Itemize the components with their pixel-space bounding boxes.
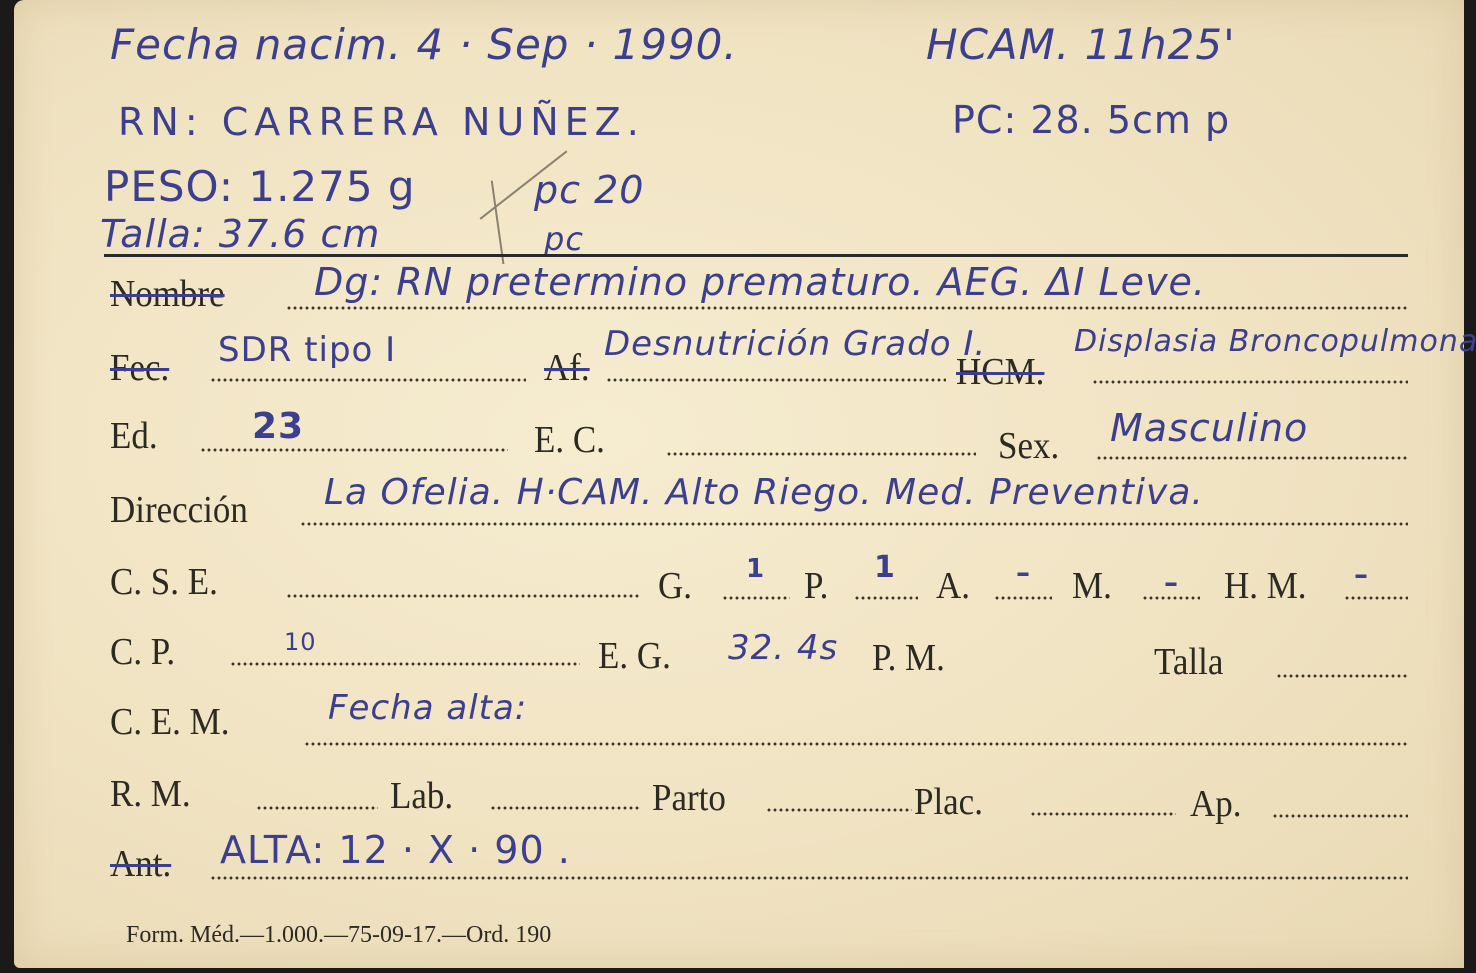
field-line-g [722,596,790,600]
field-line-sex [1096,456,1408,460]
field-line-cp [230,662,580,666]
label-ap: Ap. [1190,782,1241,826]
weight-note: PESO: 1.275 g [104,162,416,211]
label-a: A. [936,564,970,608]
length-note: Talla: 37.6 cm [100,212,380,256]
label-ant: Ant. [110,842,171,886]
patient-name-note: RN: CARRERA NUÑEZ. [118,100,645,144]
hospital-time-note: HCAM. 11h25' [926,20,1236,69]
field-line-ec [666,452,976,456]
field-line-a [994,596,1052,600]
value-p[interactable]: 1 [874,550,896,585]
pencil-divider [491,181,504,264]
label-p: P. [804,564,828,608]
field-line-direccion [300,522,1408,526]
label-cem: C. E. M. [110,700,229,744]
value-hcm[interactable]: Displasia Broncopulmonar [1074,324,1476,359]
value-hm[interactable]: – [1354,558,1369,591]
label-ec: E. C. [534,418,605,462]
weight-percentile-note: pc 20 [534,168,644,212]
field-line-ed [200,448,508,452]
field-line-fec [210,378,526,382]
field-line-plac [1030,812,1176,816]
value-cp[interactable]: 10 [284,628,317,656]
label-plac: Plac. [914,780,983,824]
field-line-lab [490,806,640,810]
label-cse: C. S. E. [110,560,218,604]
value-ed[interactable]: 23 [252,406,304,447]
value-eg[interactable]: 32. 4s [728,628,838,668]
value-ant[interactable]: ALTA: 12 · X · 90 . [220,828,571,872]
label-parto: Parto [652,776,726,820]
field-line-parto [766,808,912,812]
value-cem[interactable]: Fecha alta: [328,688,527,728]
value-af[interactable]: Desnutrición Grado I. [604,324,986,364]
label-direccion: Dirección [110,488,248,532]
label-lab: Lab. [390,774,453,818]
value-m[interactable]: – [1164,566,1179,599]
field-line-rm [256,806,378,810]
label-rm: R. M. [110,772,191,816]
field-line-hm [1344,596,1408,600]
value-sex[interactable]: Masculino [1110,406,1308,450]
label-talla: Talla [1154,640,1223,684]
head-circumference-note: PC: 28. 5cm p [952,98,1230,142]
index-card: Fecha nacim. 4 · Sep · 1990. HCAM. 11h25… [14,0,1464,968]
label-hcm: HCM. [956,350,1044,394]
label-nombre: Nombre [110,272,225,316]
value-nombre[interactable]: Dg: RN pretermino prematuro. AEG. ΔI Lev… [314,260,1206,304]
label-af: Af. [544,346,590,390]
birth-date-note: Fecha nacim. 4 · Sep · 1990. [110,20,738,69]
value-fec[interactable]: SDR tipo I [218,330,396,370]
field-line-cem [304,742,1408,746]
field-line-ant [210,876,1408,880]
field-line-ap [1272,814,1408,818]
header-rule [104,254,1408,257]
value-g[interactable]: 1 [746,554,765,584]
label-fec: Fec. [110,346,169,390]
label-g: G. [658,564,692,608]
field-line-p [854,596,918,600]
label-eg: E. G. [598,634,671,678]
field-line-cse [286,594,640,598]
label-ed: Ed. [110,414,158,458]
label-m: M. [1072,564,1112,608]
label-sex: Sex. [998,424,1059,468]
form-footer: Form. Méd.—1.000.—75-09-17.—Ord. 190 [126,922,551,949]
label-cp: C. P. [110,630,175,674]
field-line-af [606,378,946,382]
value-a[interactable]: – [1016,556,1031,589]
value-direccion[interactable]: La Ofelia. H·CAM. Alto Riego. Med. Preve… [324,472,1204,513]
field-line-nombre [286,306,1408,310]
field-line-talla [1276,674,1408,678]
field-line-hcm [1092,380,1408,384]
label-hm: H. M. [1224,564,1307,608]
length-percentile-note: pc [544,220,584,258]
label-pm: P. M. [872,636,945,680]
